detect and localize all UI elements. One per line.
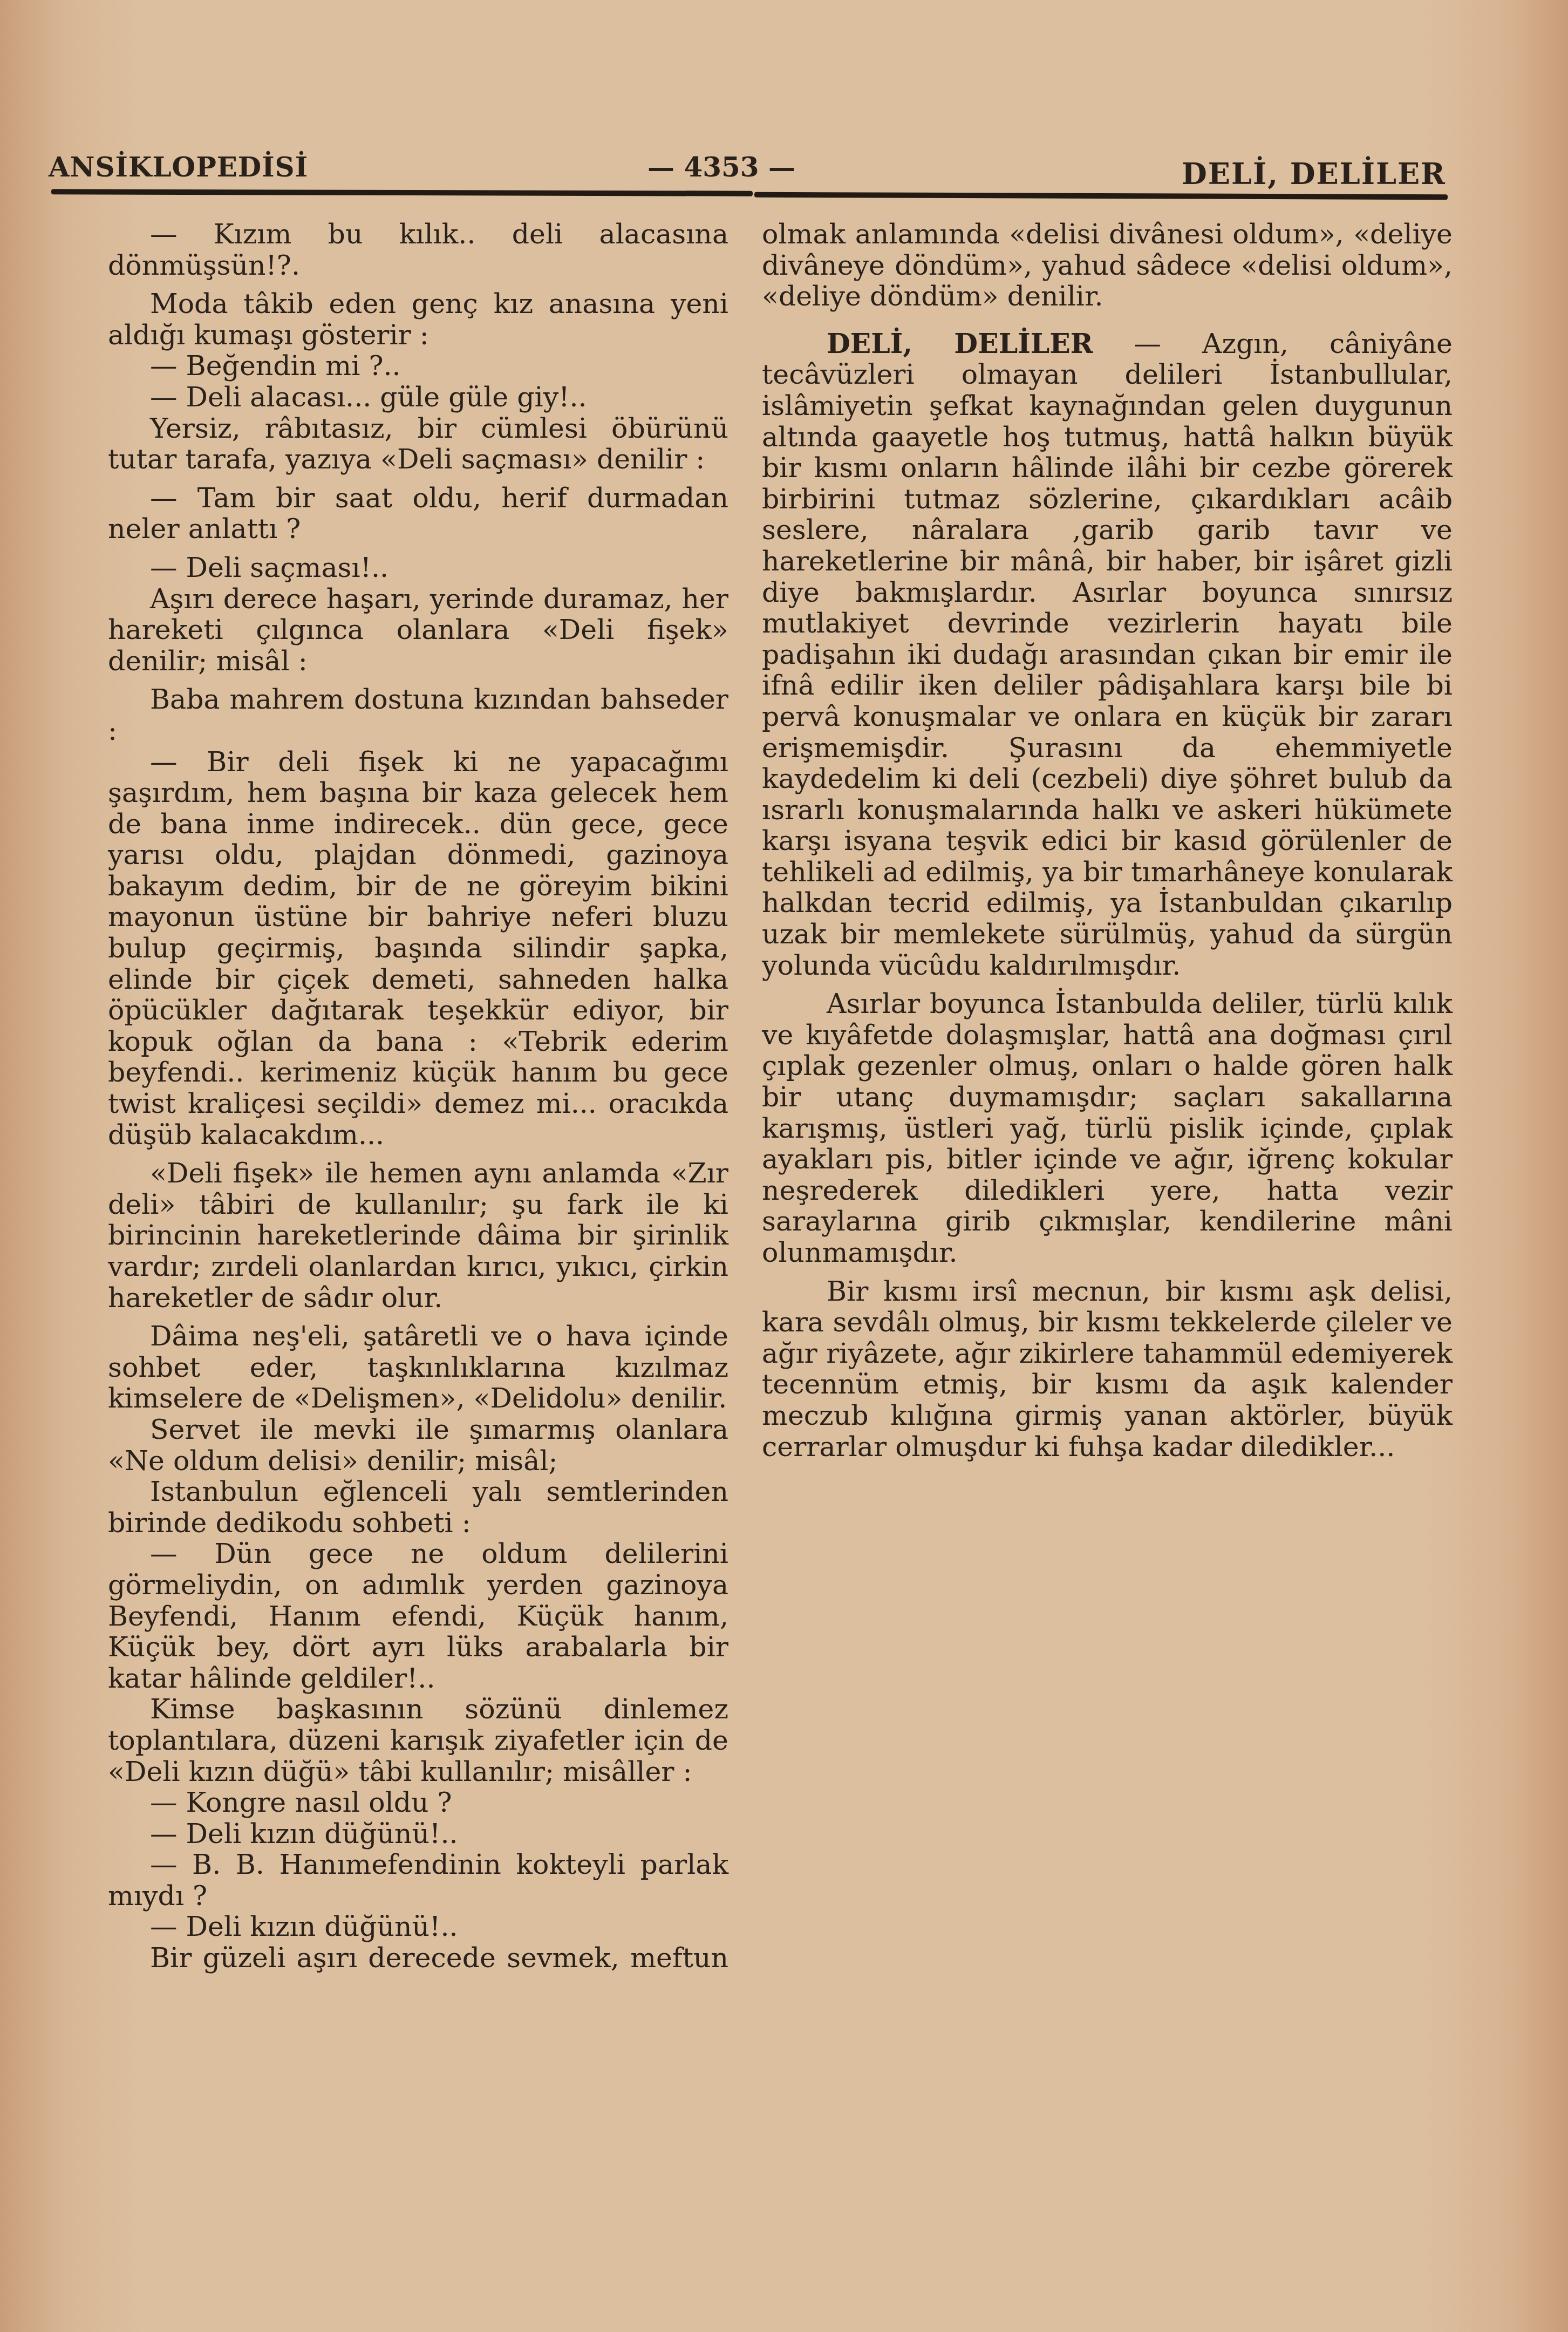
paragraph: — Deli saçması!.. [108, 552, 728, 583]
paragraph: «Deli fişek» ile hemen aynı anlamda «Zır… [108, 1158, 728, 1313]
paragraph: — Deli alacası... güle güle giy!.. [108, 382, 728, 413]
paragraph: Bir kısmı irsî mecnun, bir kısmı aşk del… [762, 1276, 1453, 1463]
left-column: — Kızım bu kılık.. deli alacasına dönmüş… [108, 219, 728, 1974]
paragraph: Moda tâkib eden genç kız anasına yeni al… [108, 288, 728, 350]
paragraph: — Bir deli fişek ki ne yapacağımı şaşırd… [108, 746, 728, 1151]
paragraph: — Deli kızın düğünü!.. [108, 1818, 728, 1850]
page-number: — 4353 — [647, 151, 795, 183]
entry-paragraph: DELİ, DELİLER — Azgın, câniyâne tecâvüzl… [762, 328, 1453, 981]
continuation-paragraph: olmak anlamında «delisi divânesi oldum»,… [762, 219, 1453, 312]
paragraph: Dâima neş'eli, şatâretli ve o hava içind… [108, 1321, 728, 1414]
page-header: ANSİKLOPEDİSİ — 4353 — DELİ, DELİLER [49, 146, 1446, 178]
running-entry-title: DELİ, DELİLER [1182, 157, 1446, 191]
paragraph: Kimse başkasının sözünü dinlemez toplant… [108, 1694, 728, 1787]
header-rule-left [51, 189, 753, 196]
paragraph: Aşırı derece haşarı, yerinde duramaz, he… [108, 583, 728, 677]
paragraph: Servet ile mevki ile şımarmış olanlara «… [108, 1414, 728, 1476]
paragraph: — Kongre nasıl oldu ? [108, 1787, 728, 1818]
paragraph: — Dün gece ne oldum delilerini görmeliyd… [108, 1538, 728, 1694]
paragraph: — Kızım bu kılık.. deli alacasına dönmüş… [108, 219, 728, 281]
paragraph: Yersiz, râbıtasız, bir cümlesi öbürünü t… [108, 413, 728, 475]
paragraph: Istanbulun eğlenceli yalı semtlerinden b… [108, 1476, 728, 1538]
running-title: ANSİKLOPEDİSİ [49, 151, 308, 183]
paragraph: — Deli kızın düğünü!.. [108, 1911, 728, 1942]
entry-headword: DELİ, DELİLER [827, 328, 1093, 359]
paragraph: Bir güzeli aşırı derecede sevmek, meftun [108, 1942, 728, 1974]
encyclopedia-page: ANSİKLOPEDİSİ — 4353 — DELİ, DELİLER — K… [0, 0, 1568, 2332]
paragraph: — Beğendin mi ?.. [108, 350, 728, 382]
paragraph: Asırlar boyunca İstanbulda deliler, türl… [762, 988, 1453, 1268]
entry-body: — Azgın, câniyâne tecâvüzleri olmayan de… [762, 328, 1453, 981]
paragraph: Baba mahrem dostuna kızından bahseder : [108, 684, 728, 746]
right-column: olmak anlamında «delisi divânesi oldum»,… [762, 219, 1453, 1462]
paragraph: — B. B. Hanımefendinin kokteyli parlak m… [108, 1849, 728, 1911]
paragraph: — Tam bir saat oldu, herif durmadan nele… [108, 482, 728, 545]
header-rule-right [754, 192, 1448, 200]
